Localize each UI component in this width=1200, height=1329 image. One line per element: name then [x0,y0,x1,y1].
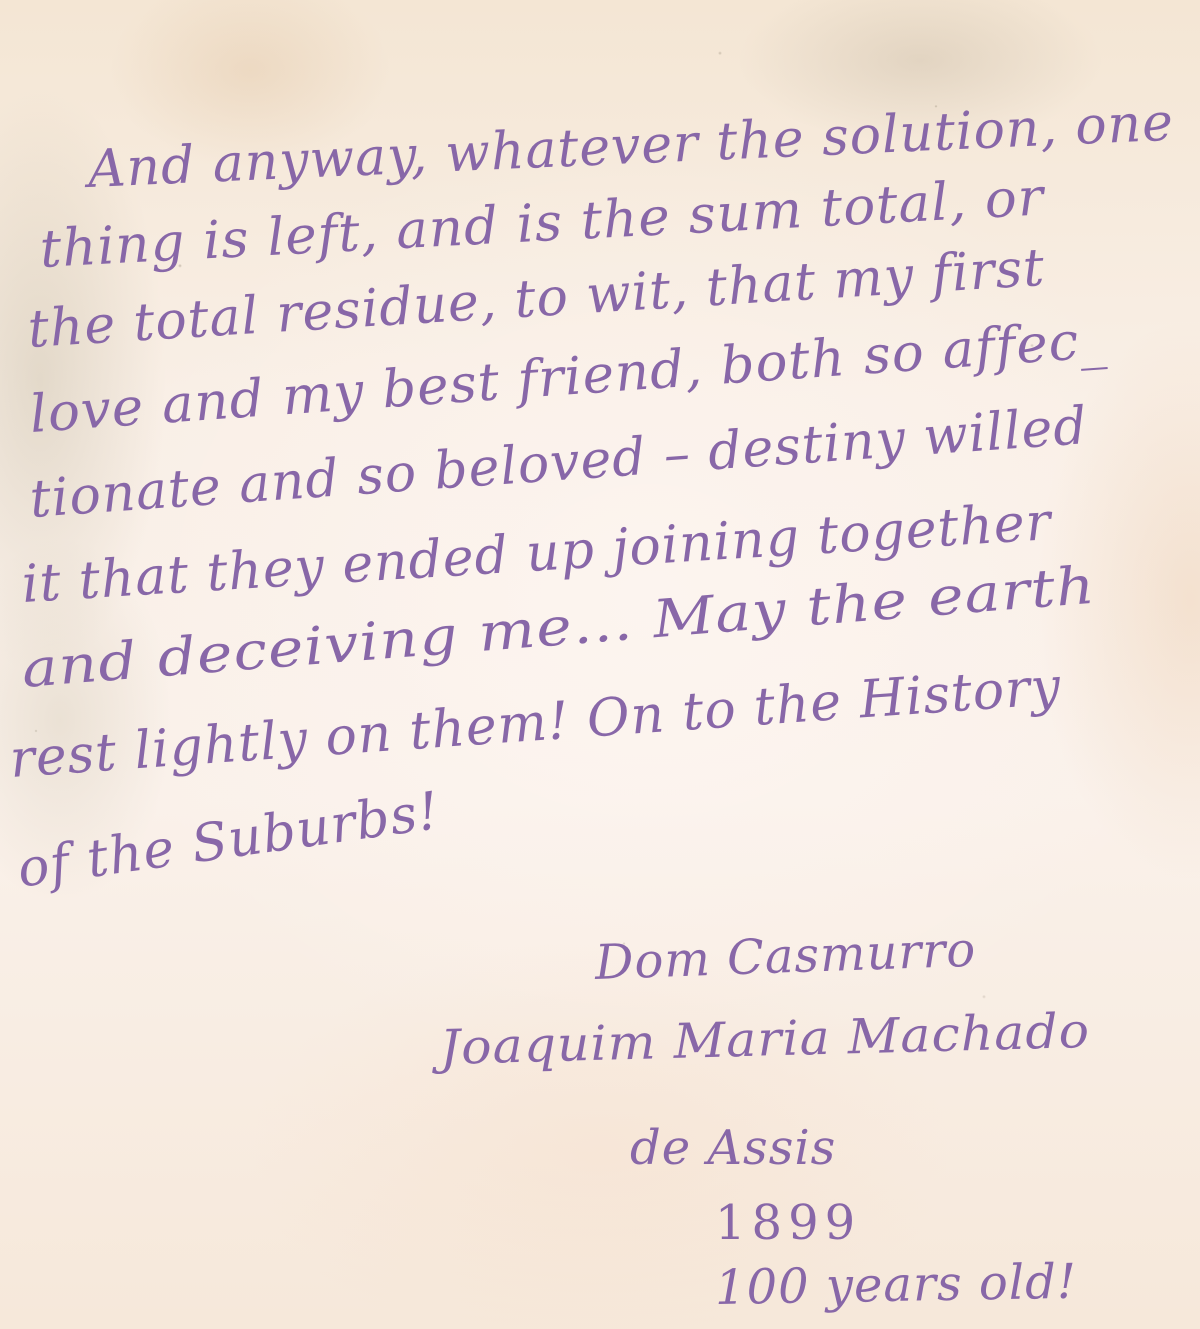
body-line-9: of the Suburbs! [14,781,444,900]
signature-year: 1899 [715,1195,861,1251]
signature-pen-name: Dom Casmurro [594,922,977,991]
handwritten-text: And anyway, whatever the solution, one t… [0,0,1200,1329]
signature-note: 100 years old! [715,1254,1078,1316]
signature-author-line-2: de Assis [630,1120,836,1176]
signature-author-line-1: Joaquim Maria Machado [439,1003,1090,1076]
